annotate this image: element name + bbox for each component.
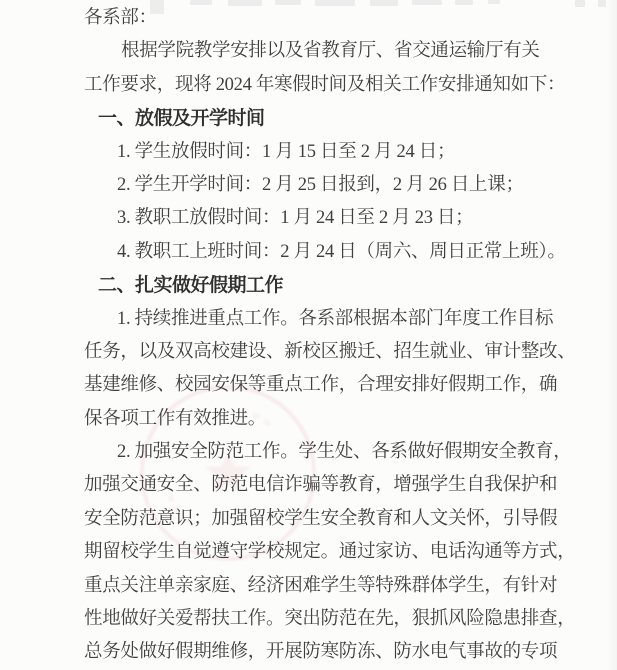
item-staff-holiday: 3. 教职工放假时间：1 月 24 日至 2 月 23 日； [84, 202, 617, 235]
scanned-notice-page: 各系部： 根据学院教学安排以及省教育厅、省交通运输厅有关 工作要求，现将 202… [0, 0, 617, 670]
para-2-line-4: 期留校学生自觉遵守学校规定。通过家访、电话沟通等方式， [84, 536, 617, 569]
para-1-line-3: 基建维修、校园安保等重点工作，合理安排好假期工作，确 [84, 369, 617, 402]
item-staff-workday: 4. 教职工上班时间：2 月 24 日（周六、周日正常上班）。 [84, 236, 617, 269]
para-1-line-2: 任务，以及双高校建设、新校区搬迁、招生就业、审计整改、 [84, 336, 617, 369]
section-2-heading: 二、扎实做好假期工作 [84, 269, 617, 302]
para-2-line-7: 总务处做好假期维修，开展防寒防冻、防水电气事故的专项 [84, 636, 617, 669]
para-2-line-3: 安全防范意识；加强留校学生安全教育和人文关怀，引导假 [84, 503, 617, 536]
para-2-line-6: 性地做好关爱帮扶工作。突出防范在先，狠抓风险隐患排查， [84, 603, 617, 636]
section-1-heading: 一、放假及开学时间 [84, 102, 617, 135]
para-2-line-1: 2. 加强安全防范工作。学生处、各系做好假期安全教育， [84, 436, 617, 469]
para-1-line-1: 1. 持续推进重点工作。各系部根据本部门年度工作目标 [84, 303, 617, 336]
item-student-return: 2. 学生开学时间：2 月 25 日报到，2 月 26 日上课； [84, 169, 617, 202]
intro-line-1: 根据学院教学安排以及省教育厅、省交通运输厅有关 [84, 35, 617, 68]
para-1-line-4: 保各项工作有效推进。 [84, 403, 617, 436]
intro-line-2: 工作要求，现将 2024 年寒假时间及相关工作安排通知如下： [84, 69, 617, 102]
para-2-line-5: 重点关注单亲家庭、经济困难学生等特殊群体学生，有针对 [84, 570, 617, 603]
document-body: 各系部： 根据学院教学安排以及省教育厅、省交通运输厅有关 工作要求，现将 202… [84, 2, 617, 670]
para-2-line-2: 加强交通安全、防范电信诈骗等教育，增强学生自我保护和 [84, 469, 617, 502]
salutation: 各系部： [84, 2, 617, 35]
item-student-holiday: 1. 学生放假时间：1 月 15 日至 2 月 24 日； [84, 136, 617, 169]
